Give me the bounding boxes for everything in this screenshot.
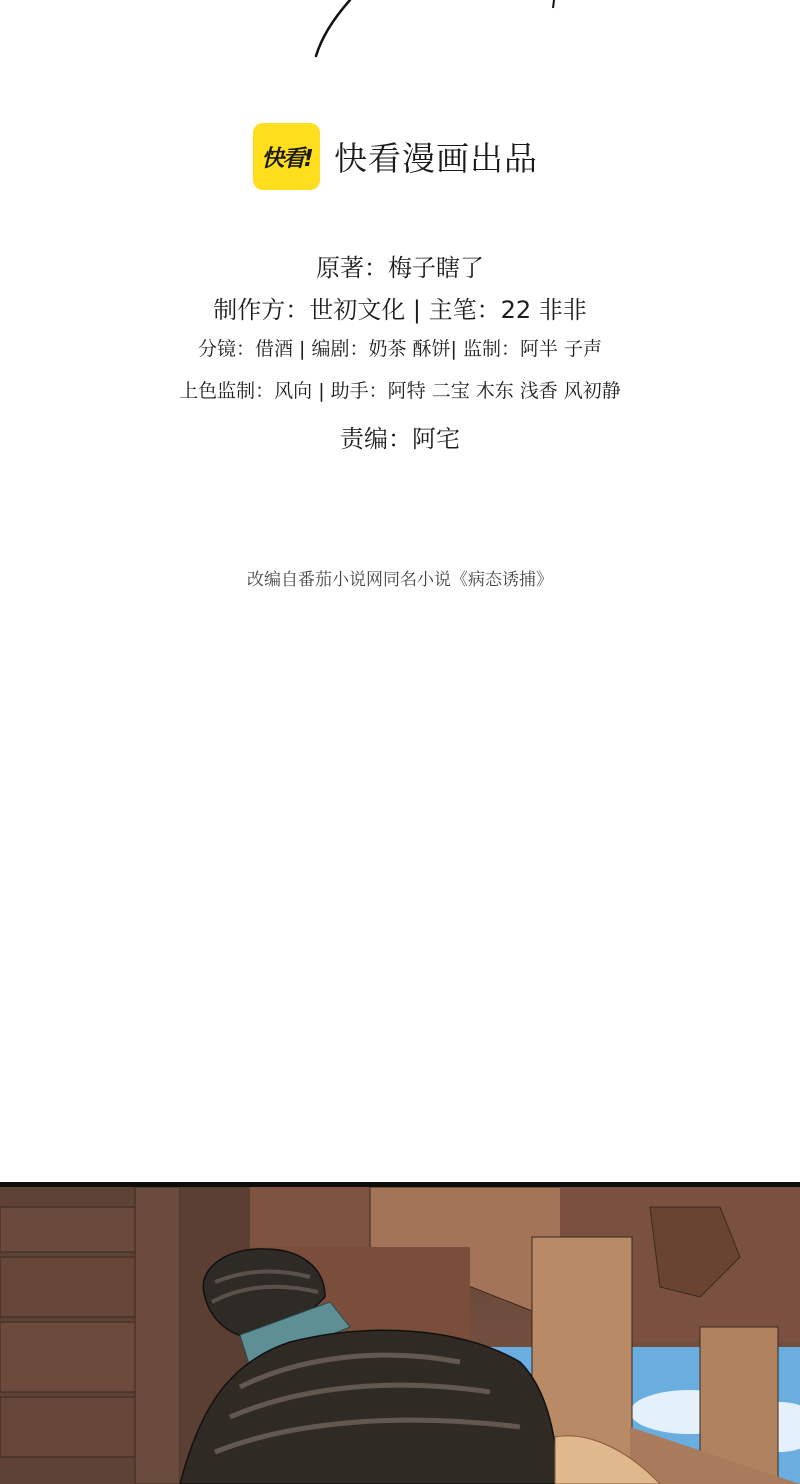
credit-editor: 责编：阿宅 (0, 419, 800, 454)
logo-text: 快看! (261, 140, 312, 173)
credit-storyboard-script: 分镜：借酒 | 编剧：奶茶 酥饼| 监制：阿半 子声 (0, 334, 800, 361)
ink-stroke-decoration (0, 0, 800, 70)
credit-original-author: 原著：梅子瞎了 (0, 248, 800, 283)
credit-coloring-assistants: 上色监制：风向 | 助手：阿特 二宝 木东 浅香 风初静 (0, 376, 800, 403)
brand-name: 快看漫画出品 (334, 133, 538, 180)
kuaikan-logo-icon: 快看! (253, 123, 320, 190)
brand-header: 快看! 快看漫画出品 (253, 123, 538, 190)
adaptation-note: 改编自番茄小说网同名小说《病态诱捕》 (0, 565, 800, 590)
comic-panel-illustration (0, 1187, 800, 1484)
credit-production: 制作方：世初文化 | 主笔：22 非非 (0, 290, 800, 325)
comic-panel (0, 1182, 800, 1484)
